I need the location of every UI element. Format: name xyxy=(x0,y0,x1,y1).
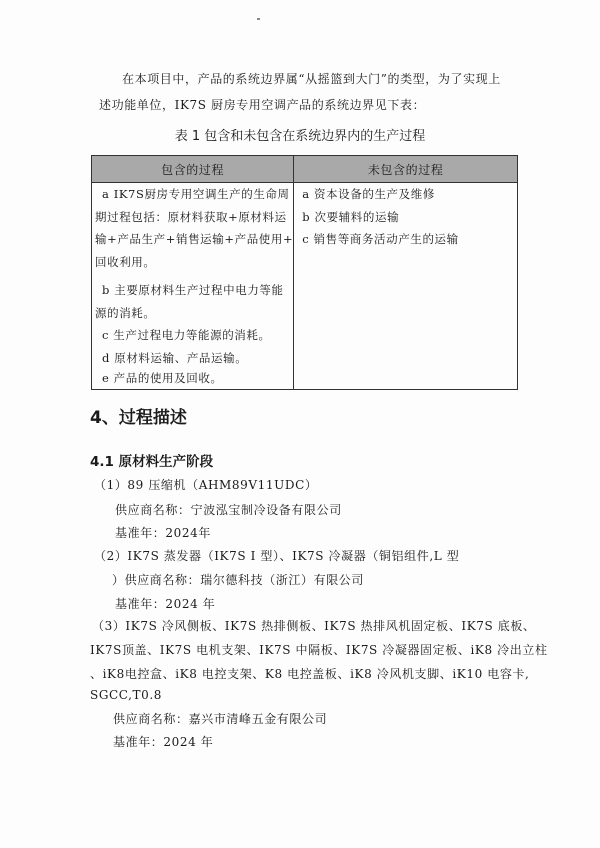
item-2-title: （2）IK7S 蒸发器（IK7S I 型）、IK7S 冷凝器（铜铝组件,L 型 xyxy=(94,547,459,564)
item-1-title: （1）89 压缩机（AHM89V11UDC） xyxy=(94,476,317,493)
item-2-base-year: 基准年：2024 年 xyxy=(115,595,215,612)
item-2-supplier: ）供应商名称：瑞尔德科技（浙江）有限公司 xyxy=(112,571,364,588)
item-3-line-4: SGCC,T0.8 xyxy=(90,688,162,702)
included-processes-cell: a IK7S厨房专用空调生产的生命周 期过程包括：原材料获取+原材料运 输+产品… xyxy=(92,183,294,390)
included-item-e: e 产品的使用及回收。 xyxy=(92,369,293,389)
system-boundary-table: 包含的过程 未包含的过程 a IK7S厨房专用空调生产的生命周 期过程包括：原材… xyxy=(91,155,518,390)
item-3-supplier: 供应商名称：嘉兴市清峰五金有限公司 xyxy=(113,710,327,727)
item-1-supplier: 供应商名称：宁波泓宝制冷设备有限公司 xyxy=(115,501,342,518)
header-excluded: 未包含的过程 xyxy=(294,156,518,183)
intro-paragraph-line-1: 在本项目中，产品的系统边界属“从摇篮到大门”的类型，为了实现上 xyxy=(122,70,501,87)
item-3-line-3: 、iK8电控盒、iK8 电控支架、K8 电控盖板、iK8 冷风机支脚、iK10 … xyxy=(90,665,529,682)
item-3-base-year: 基准年：2024 年 xyxy=(113,733,213,750)
section-4-heading: 4、过程描述 xyxy=(90,403,187,428)
excluded-item-c: c 销售等商务活动产生的运输 xyxy=(294,228,517,251)
included-item-a-line-3: 输+产品生产+销售运输+产品使用+ xyxy=(92,228,293,251)
included-item-a-line-2: 期过程包括：原材料获取+原材料运 xyxy=(92,206,293,229)
item-3-line-2: IK7S顶盖、IK7S 电机支架、IK7S 中隔板、IK7S 冷凝器固定板、iK… xyxy=(90,641,548,658)
item-3-line-1: （3）IK7S 冷风侧板、IK7S 热排侧板、IK7S 热排风机固定板、IK7S… xyxy=(92,617,536,634)
excluded-item-a: a 资本设备的生产及维修 xyxy=(294,183,517,206)
included-item-a-line-4: 回收利用。 xyxy=(92,251,293,274)
header-included: 包含的过程 xyxy=(92,156,294,183)
included-item-c: c 生产过程电力等能源的消耗。 xyxy=(92,324,293,347)
scan-speck xyxy=(257,18,260,20)
included-item-b-line-2: 源的消耗。 xyxy=(92,302,293,325)
included-item-b-line-1: b 主要原材料生产过程中电力等能 xyxy=(92,279,293,302)
included-item-d: d 原材料运输、产品运输。 xyxy=(92,347,293,370)
excluded-item-b: b 次要辅料的运输 xyxy=(294,206,517,229)
item-1-base-year: 基准年：2024年 xyxy=(115,524,211,541)
included-item-a-line-1: a IK7S厨房专用空调生产的生命周 xyxy=(92,183,293,206)
table-caption: 表 1 包含和未包含在系统边界内的生产过程 xyxy=(0,125,600,144)
excluded-processes-cell: a 资本设备的生产及维修 b 次要辅料的运输 c 销售等商务活动产生的运输 xyxy=(294,183,518,390)
section-4-1-heading: 4.1 原材料生产阶段 xyxy=(90,450,213,470)
intro-paragraph-line-2: 述功能单位，IK7S 厨房专用空调产品的系统边界见下表： xyxy=(99,96,425,113)
